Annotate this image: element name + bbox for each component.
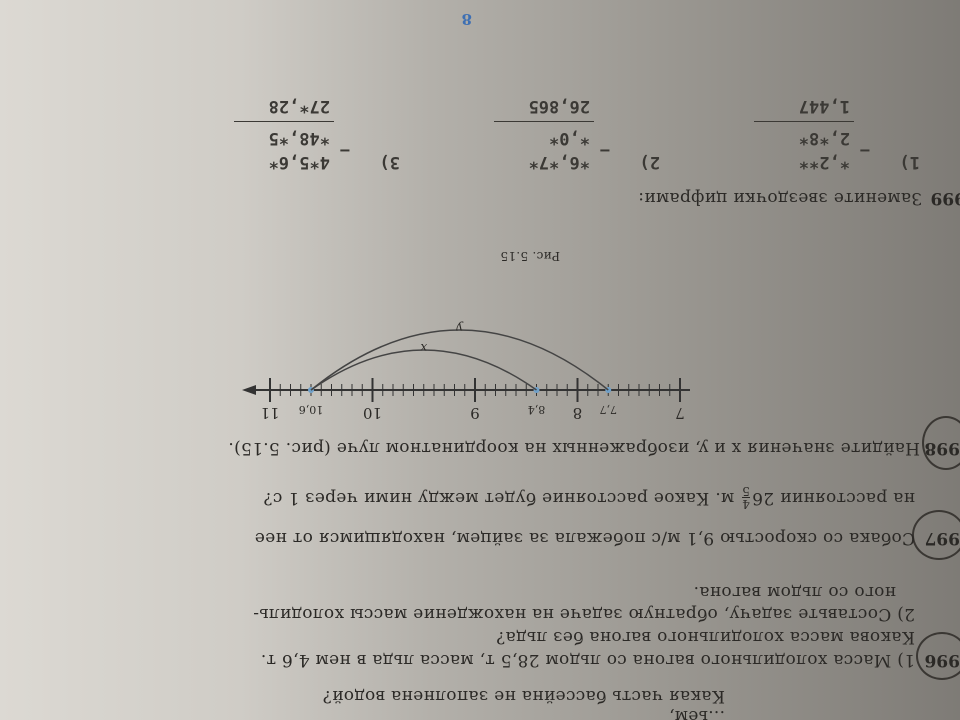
svg-text:y: y [456,321,464,335]
svg-text:9: 9 [470,404,480,422]
page-number: 8 [462,10,472,28]
difference: 1,447 [799,96,850,116]
problem-997-line-2-rest: м. Какое расстояние будет между ними чер… [263,488,734,508]
operator: − [340,140,350,160]
figure-caption: Рис. 5.15 [500,249,560,263]
svg-text:8: 8 [573,404,583,422]
svg-text:7,7: 7,7 [600,403,618,416]
svg-text:8,4: 8,4 [528,403,546,416]
problem-996-line-4: ного со льдом вагона. [693,582,896,602]
problem-999-line-1: Замените звездочки цифрами: [638,188,922,208]
problem-996-line-3: 2) Составьте задачу, обратную задаче на … [253,604,915,624]
coordinate-ray: 78910117,78,410,6xy [230,320,710,430]
problem-996-line-1: 1) Масса холодильного вагона со льдом 28… [261,650,915,670]
exercise-label: 3) [380,152,400,172]
minuend: *6,*7* [529,152,590,172]
partial-line: ...ьем, [669,706,725,720]
svg-text:11: 11 [260,404,279,422]
svg-text:10,6: 10,6 [299,403,324,416]
fraction-denominator: 5 [742,485,750,497]
problem-number-997: 997 [925,528,960,548]
svg-text:10: 10 [363,404,382,422]
problem-998-line-1: Найдите значения x и y, изображенных на … [228,438,920,458]
problem-997-line-2: на расстоянии 2645 м. Какое расстояние б… [263,485,915,510]
result-rule [754,121,854,122]
minuend: 4*5,6* [269,152,330,172]
problem-number-996: 996 [925,650,960,670]
minuend: *,2** [799,152,850,172]
distance-whole: на расстоянии 26 [752,488,915,508]
difference: 27*,28 [269,96,330,116]
result-rule [234,121,334,122]
fraction-numerator: 4 [742,497,750,510]
result-rule [494,121,594,122]
problem-number-998: 998 [925,438,960,458]
difference: 26,865 [529,96,590,116]
problem-997-line-1: Собака со скоростью 9,1 м/с побежала за … [255,528,915,548]
subtrahend: *48,*5 [269,128,330,148]
distance-fraction: 45 [742,485,750,510]
partial-question: Какая часть бассейна не заполнена водой? [322,686,725,706]
subtrahend: *,0* [549,128,590,148]
subtrahend: 2,*8* [799,128,850,148]
svg-text:7: 7 [675,404,685,422]
problem-number-999: 999 [931,188,960,208]
svg-text:x: x [420,341,427,355]
textbook-page: ...ьем, Какая часть бассейна не заполнен… [0,0,960,720]
exercise-label: 2) [640,152,660,172]
operator: − [600,140,610,160]
operator: − [860,140,870,160]
exercise-label: 1) [900,152,920,172]
problem-996-line-2: Какова масса холодильного вагона без льд… [496,627,915,647]
